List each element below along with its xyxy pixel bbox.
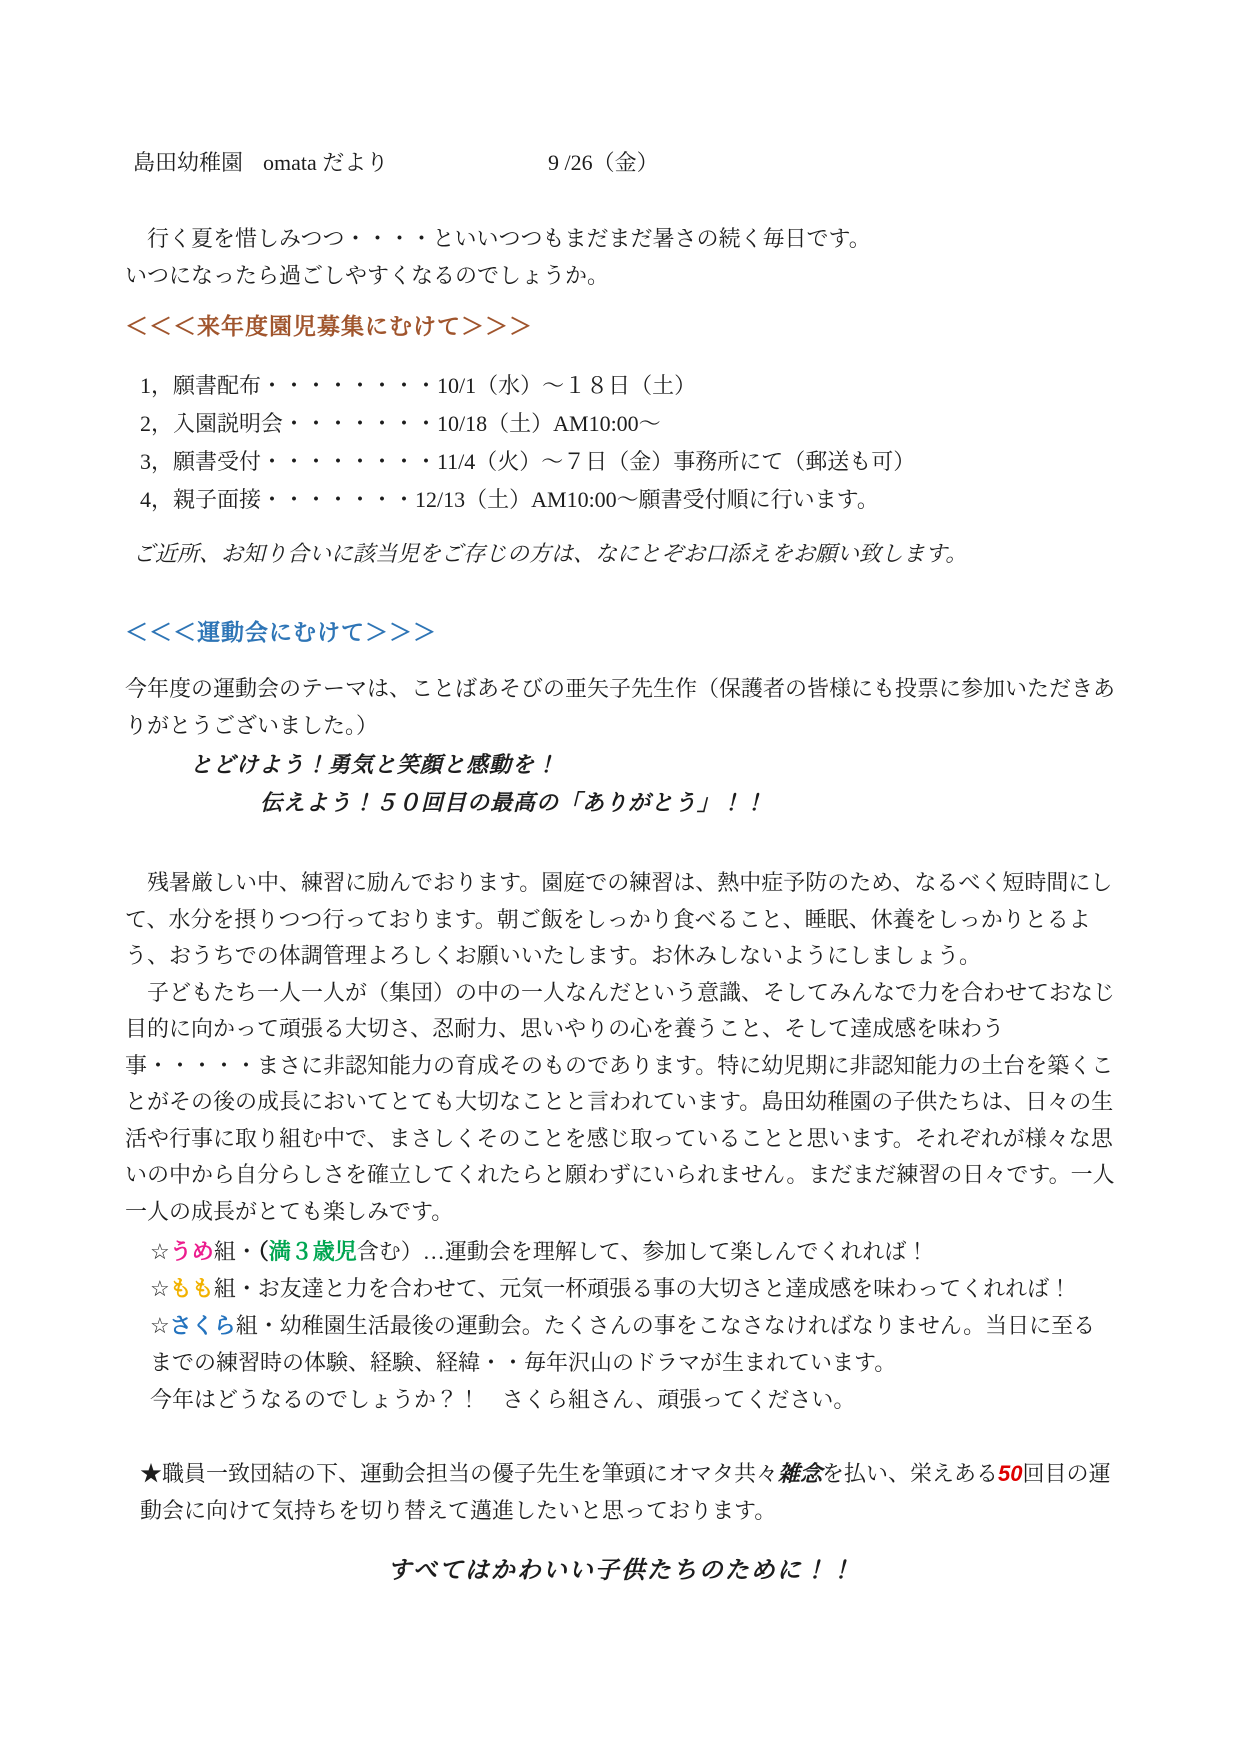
ume-rest-text: 含む）…運動会を理解して、参加して楽しんでくれれば！ xyxy=(357,1239,929,1264)
anniversary-number: 50 xyxy=(998,1461,1022,1486)
star-icon: ☆ xyxy=(150,1313,170,1338)
school-name: 島田幼稚園 xyxy=(133,150,243,175)
ume-age-label: 満３歳児 xyxy=(269,1239,357,1264)
newsletter-page: 島田幼稚園omata だより9 /26（金） 行く夏を惜しみつつ・・・・といいつ… xyxy=(0,0,1241,1755)
recruitment-heading: ＜＜＜来年度園児募集にむけて＞＞＞ xyxy=(125,309,1117,345)
slogan-line-2: 伝えよう！５０回目の最高の「ありがとう」！！ xyxy=(260,784,1117,822)
growth-paragraph: 子どもたち一人一人が（集団）の中の一人なんだという意識、そしてみんなで力を合わせ… xyxy=(125,975,1117,1231)
recruitment-note: ご近所、お知り合いに該当児をご存じの方は、なにとぞお口添えをお願い致します。 xyxy=(125,535,1117,572)
star-icon: ☆ xyxy=(150,1276,170,1301)
closing-motto: すべてはかわいい子供たちのために！！ xyxy=(125,1551,1117,1591)
main-text: 残暑厳しい中、練習に励んでおります。園庭での練習は、熱中症予防のため、なるべく短… xyxy=(125,865,1117,1230)
star-icon: ☆ xyxy=(150,1239,170,1264)
class-goals: ☆うめ組・（満３歳児含む）…運動会を理解して、参加して楽しんでくれれば！ ☆もも… xyxy=(125,1233,1117,1418)
intro-line-2: いつになったら過ごしやすくなるのでしょうか。 xyxy=(125,263,609,288)
header: 島田幼稚園omata だより9 /26（金） xyxy=(125,148,1117,178)
newsletter-title: omata だより xyxy=(263,150,388,175)
staff-lead-text: ★職員一致団結の下、運動会担当の優子先生を筆頭にオマタ共々 xyxy=(140,1461,778,1486)
sakura-rest-text: 組・幼稚園生活最後の運動会。たくさんの事をこなさなければなりません。当日に至るま… xyxy=(150,1313,1095,1375)
sports-day-heading: ＜＜＜運動会にむけて＞＞＞ xyxy=(125,615,1117,651)
ume-class-line: ☆うめ組・（満３歳児含む）…運動会を理解して、参加して楽しんでくれれば！ xyxy=(150,1233,1117,1270)
intro-line-1: 行く夏を惜しみつつ・・・・といいつつもまだまだ暑さの続く毎日です。 xyxy=(125,226,871,251)
ume-mid-text: 組・ xyxy=(214,1239,258,1264)
momo-class-line: ☆もも組・お友達と力を合わせて、元気一杯頑張る事の大切さと達成感を味わってくれれ… xyxy=(150,1270,1117,1307)
schedule-item-4: 4，親子面接・・・・・・・12/13（土）AM10:00～願書受付順に行います。 xyxy=(140,481,1117,519)
schedule-item-3: 3，願書受付・・・・・・・・11/4（火）～７日（金）事務所にて（郵送も可） xyxy=(140,443,1117,481)
staff-mid-text: を払い、栄えある xyxy=(822,1461,998,1486)
question-line: 今年はどうなるのでしょうか？！ さくら組さん、頑張ってください。 xyxy=(150,1381,1117,1418)
sakura-class-name: さくら xyxy=(170,1313,236,1338)
slogan-line-1: とどけよう！勇気と笑顔と感動を！ xyxy=(190,746,1117,784)
issue-date: 9 /26（金） xyxy=(548,148,659,178)
staff-note: ★職員一致団結の下、運動会担当の優子先生を筆頭にオマタ共々雑念を払い、栄えある5… xyxy=(125,1455,1117,1529)
schedule-item-2: 2，入園説明会・・・・・・・10/18（土）AM10:00～ xyxy=(140,405,1117,443)
ume-paren: （ xyxy=(258,1239,269,1264)
zatsunen-emphasis: 雑念 xyxy=(778,1461,822,1486)
sakura-class-line: ☆さくら組・幼稚園生活最後の運動会。たくさんの事をこなさなければなりません。当日… xyxy=(150,1307,1117,1381)
theme-paragraph: 今年度の運動会のテーマは、ことばあそびの亜矢子先生作（保護者の皆様にも投票に参加… xyxy=(125,670,1117,744)
momo-rest-text: 組・お友達と力を合わせて、元気一杯頑張る事の大切さと達成感を味わってくれれば！ xyxy=(214,1276,1071,1301)
intro-paragraph: 行く夏を惜しみつつ・・・・といいつつもまだまだ暑さの続く毎日です。 いつになった… xyxy=(125,220,1117,294)
practice-paragraph: 残暑厳しい中、練習に励んでおります。園庭での練習は、熱中症予防のため、なるべく短… xyxy=(125,865,1117,975)
recruitment-schedule: 1，願書配布・・・・・・・・10/1（水）～１８日（土） 2，入園説明会・・・・… xyxy=(125,367,1117,519)
momo-class-name: もも xyxy=(170,1276,214,1301)
schedule-item-1: 1，願書配布・・・・・・・・10/1（水）～１８日（土） xyxy=(140,367,1117,405)
page-content: 島田幼稚園omata だより9 /26（金） 行く夏を惜しみつつ・・・・といいつ… xyxy=(125,0,1117,1591)
ume-class-name: うめ xyxy=(170,1239,214,1264)
